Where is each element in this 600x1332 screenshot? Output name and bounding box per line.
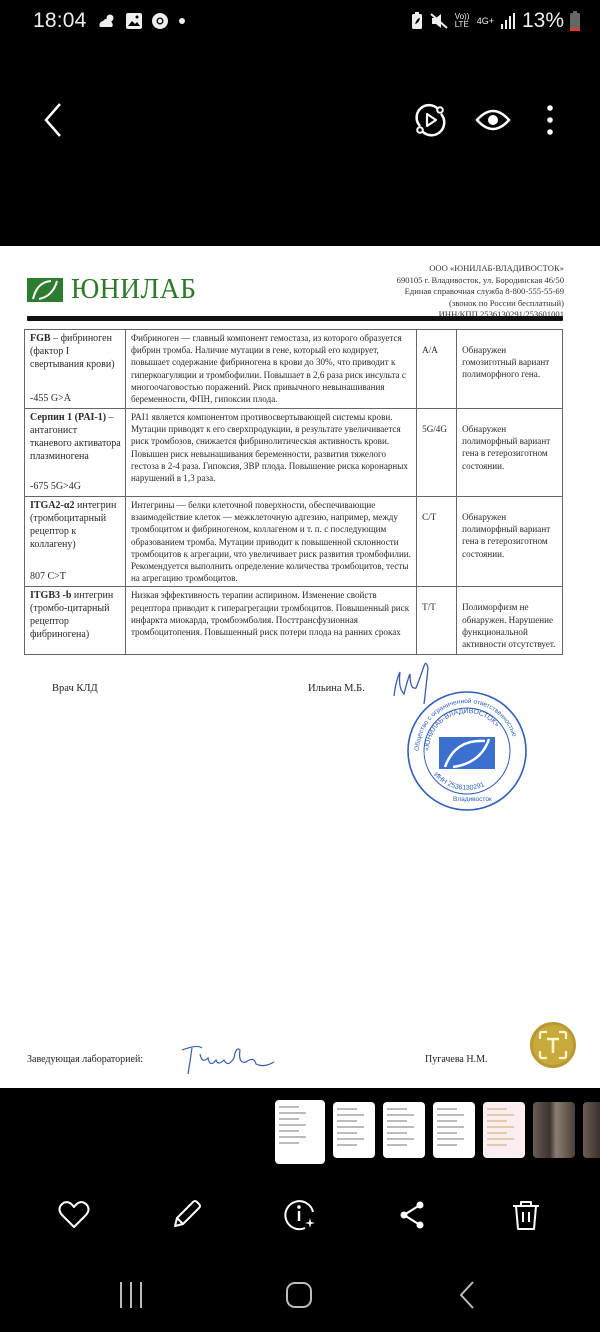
remaster-icon[interactable] [412,102,448,138]
gene-cell: ITGB3 -b интегрин (тромбо-цитарный рецеп… [25,587,126,655]
thumbnail[interactable] [433,1102,475,1158]
leaf-logo-icon [27,278,63,302]
eye-icon[interactable] [474,104,512,136]
thumbnail[interactable] [483,1102,525,1158]
text-extract-icon [537,1029,569,1061]
thumbnail[interactable] [333,1102,375,1158]
thumbnail-strip[interactable] [275,1102,600,1164]
header-rule [27,316,563,321]
clinical-description: PAI1 является компонентом противосвертыв… [125,409,416,497]
result-row: ITGB3 -b интегрин (тромбо-цитарный рецеп… [25,587,563,655]
head-name: Пугачева Н.М. [425,1054,487,1065]
gene-cell: FGB – фибриноген (фактор I свертывания к… [25,330,126,409]
result-text: Обнаружен гомозиготный вариант полиморфн… [457,330,563,409]
volte-icon: Vo)) LTE [455,13,471,29]
gene-variant: -455 G>A [30,392,71,405]
system-nav-bar [0,1270,600,1320]
battery-level: 13% [522,9,564,33]
result-row: ITGA2-α2 интегрин (тромбоцитарный рецепт… [25,497,563,587]
back-icon[interactable] [38,100,70,140]
home-icon[interactable] [284,1280,314,1310]
weather-icon [97,12,117,30]
thumbnail[interactable] [583,1102,600,1158]
company-stamp: Общество с ограниченной ответственностью… [405,689,529,813]
status-bar: 18:04 Vo)) LTE 4G+ 13% [0,0,600,44]
head-signature [178,1040,278,1078]
back-nav-icon[interactable] [455,1280,479,1310]
gene-cell: Серпин 1 (PAI-1) –антагонист тканевого а… [25,409,126,497]
gene-name: ITGA2-α2 [30,500,74,511]
result-text: Обнаружен полиморфный вариант гена в гет… [457,497,563,587]
doctor-role: Врач КЛД [52,683,98,694]
info-icon[interactable] [283,1198,317,1232]
head-role: Заведующая лабораторией: [27,1054,143,1065]
result-text: Полиморфизм не обнаружен. Нарушение функ… [457,587,563,655]
recents-icon[interactable] [118,1280,144,1310]
gene-name: ITGB3 -b [30,590,71,601]
genotype: T/T [417,587,457,655]
dot-icon [177,12,187,30]
signal-icon [500,12,516,30]
genotype: C/T [417,497,457,587]
mute-icon [429,12,449,30]
delete-icon[interactable] [509,1198,543,1232]
thumbnail[interactable] [275,1100,325,1164]
org-details: ООО «ЮНИЛАБ-ВЛАДИВОСТОК» 690105 г. Влади… [397,263,564,321]
company-logo: ЮНИЛАБ [27,273,203,306]
gene-cell: ITGA2-α2 интегрин (тромбоцитарный рецепт… [25,497,126,587]
status-time: 18:04 [33,9,87,33]
text-extract-button[interactable] [530,1022,576,1068]
clinical-description: Низкая эффективность терапии аспирином. … [125,587,416,655]
clinical-description: Интегрины — белки клеточной поверхности,… [125,497,416,587]
logo-text: ЮНИЛАБ [71,273,196,306]
gene-variant: -675 5G>4G [30,480,81,493]
doctor-name: Ильина М.Б. [308,683,365,694]
genotype: 5G/4G [417,409,457,497]
thumbnail[interactable] [533,1102,575,1158]
4g-plus-icon: 4G+ [477,16,494,26]
share-icon[interactable] [395,1198,429,1232]
result-row: FGB – фибриноген (фактор I свертывания к… [25,330,563,409]
genotype: A/A [417,330,457,409]
edit-icon[interactable] [169,1198,203,1232]
svg-text:Владивосток: Владивосток [453,796,492,803]
battery-icon [570,11,580,31]
document-image[interactable]: ЮНИЛАБ ООО «ЮНИЛАБ-ВЛАДИВОСТОК» 690105 г… [0,246,600,1088]
thumbnail[interactable] [383,1102,425,1158]
gene-variant: 807 C>T [30,570,66,583]
more-icon[interactable] [538,102,562,138]
clinical-description: Фибриноген — главный компонент гемостаза… [125,330,416,409]
results-table: FGB – фибриноген (фактор I свертывания к… [24,329,563,655]
result-row: Серпин 1 (PAI-1) –антагонист тканевого а… [25,409,563,497]
favorite-icon[interactable] [57,1198,91,1232]
gene-name: FGB [30,333,51,344]
chrome-icon [151,12,169,30]
bottom-toolbar [0,1190,600,1240]
svg-text:ИНН 2536130291: ИНН 2536130291 [432,771,486,792]
gallery-icon [125,12,143,30]
viewer-app-bar [0,80,600,160]
battery-saver-icon [411,12,423,30]
gene-name: Серпин 1 (PAI-1) [30,412,106,423]
result-text: Обнаружен полиморфный вариант гена в гет… [457,409,563,497]
